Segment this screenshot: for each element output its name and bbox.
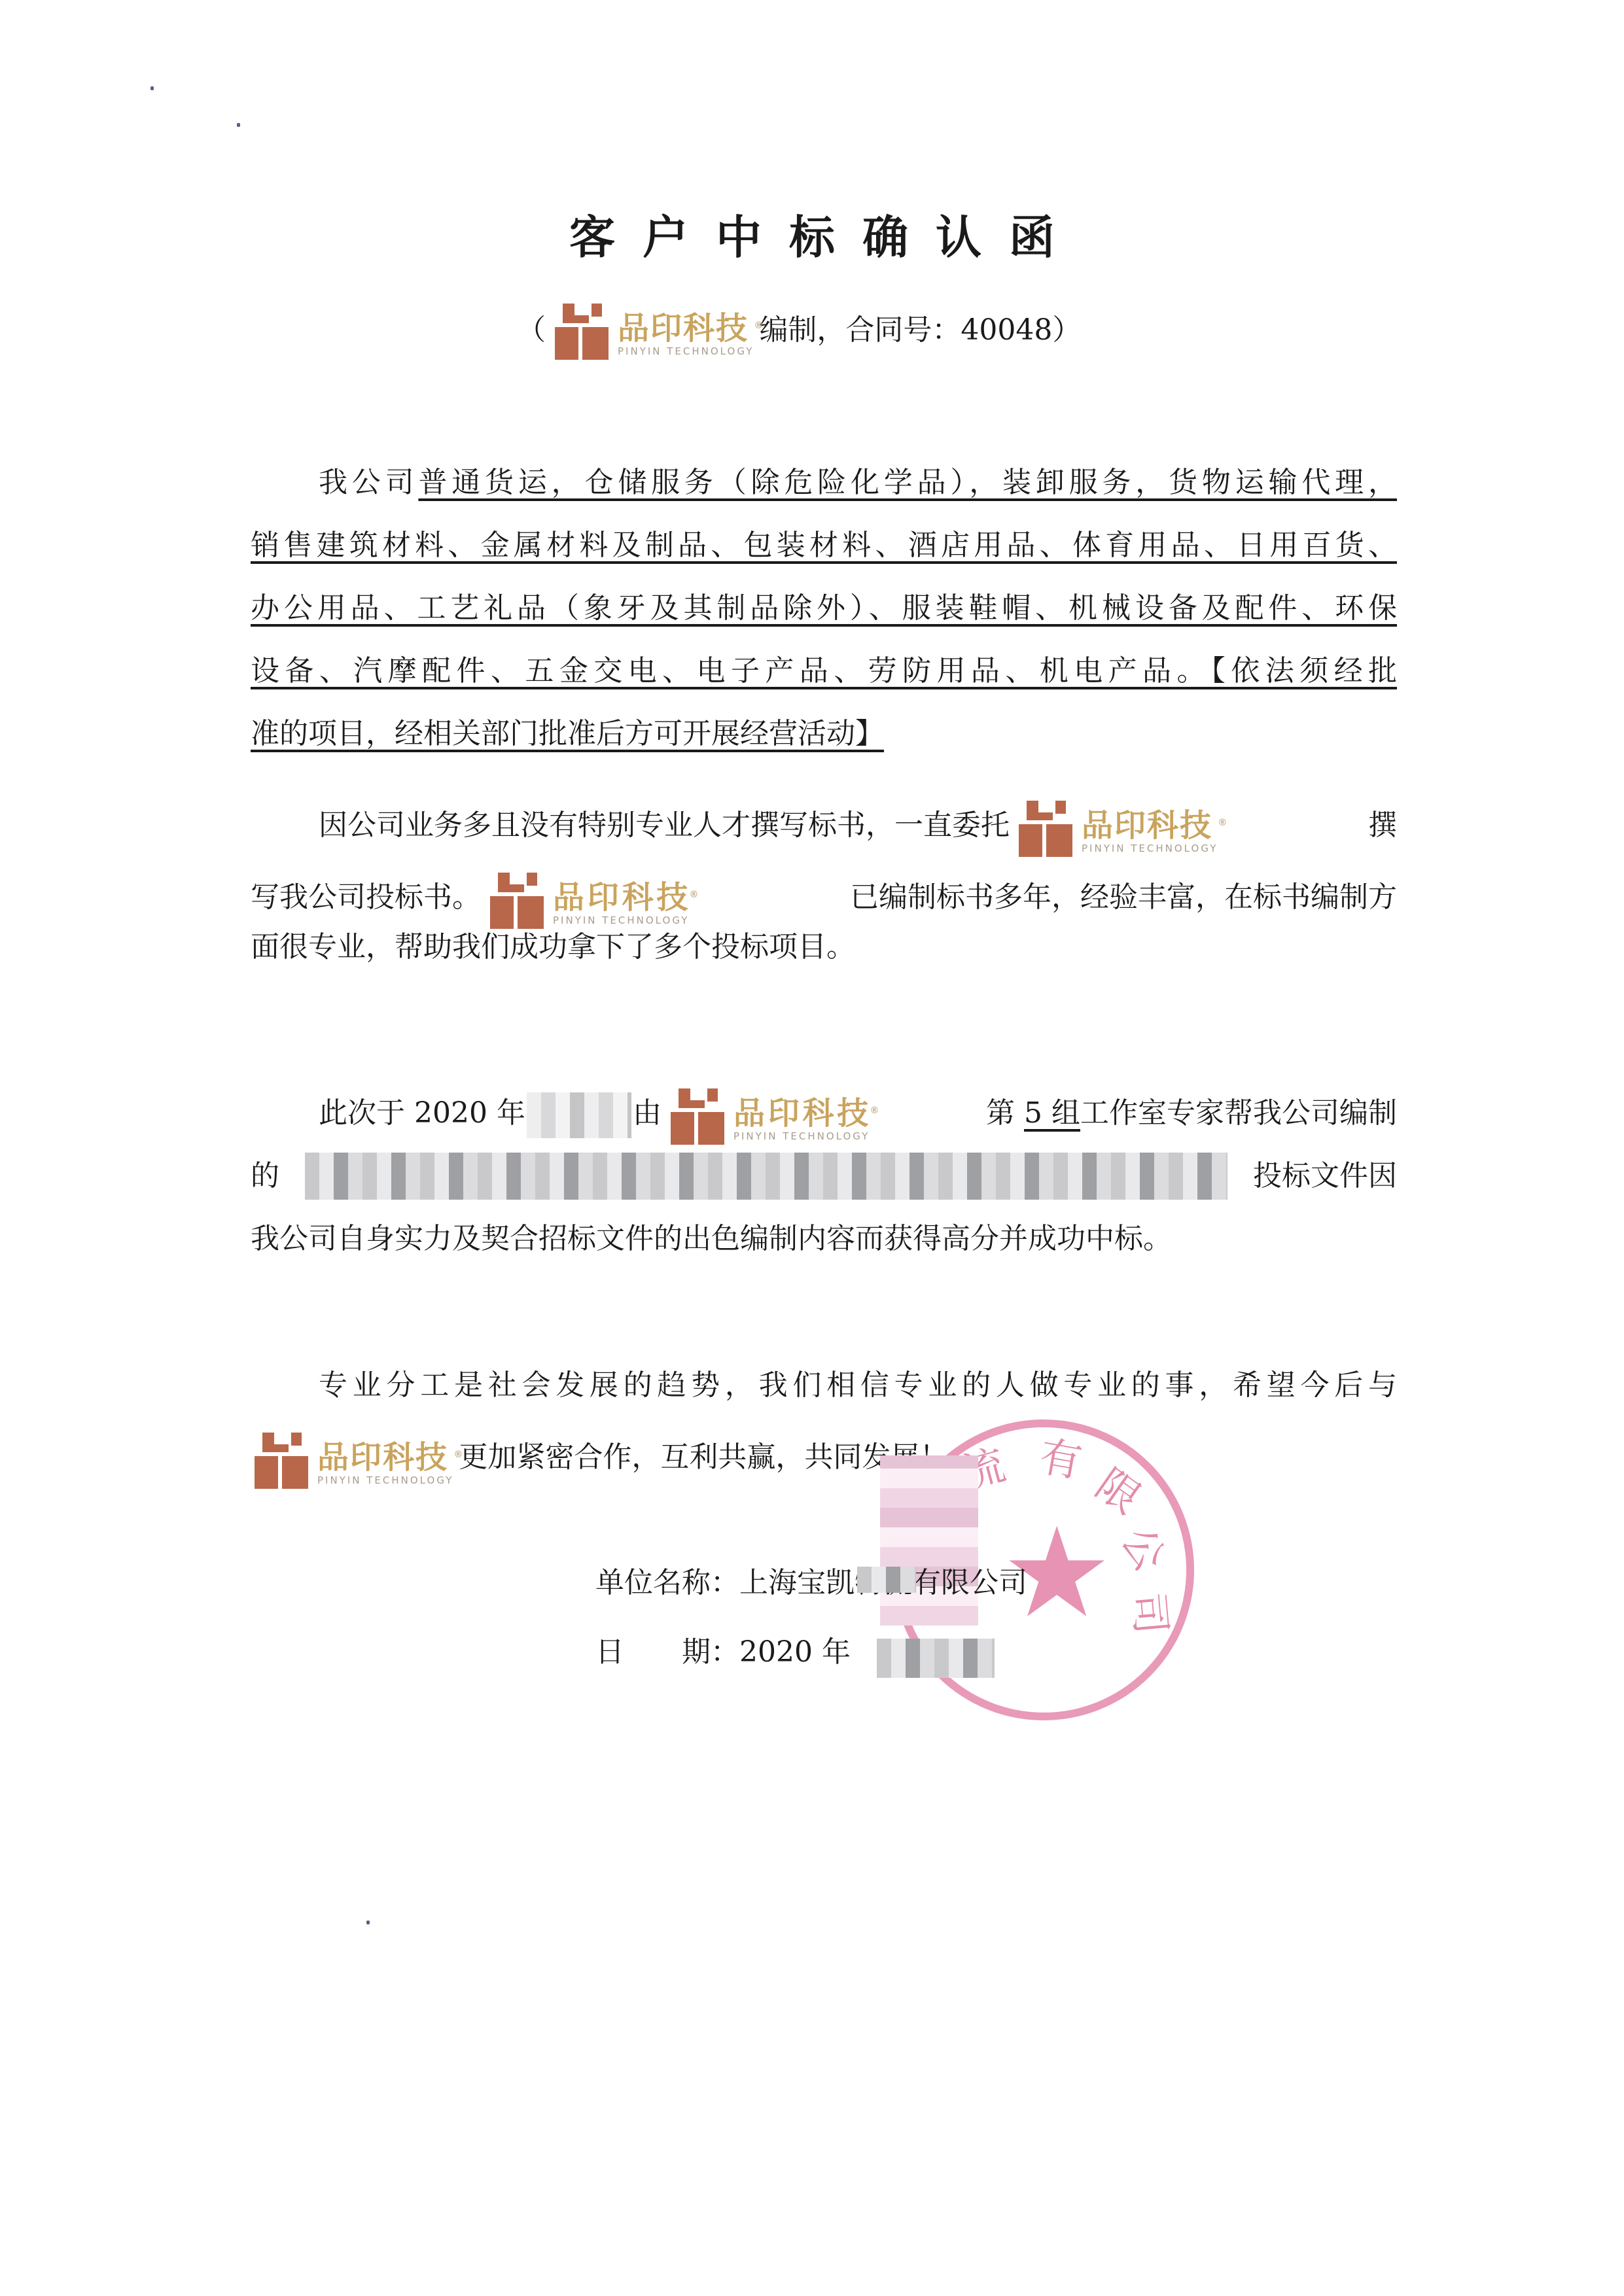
redacted-company-char bbox=[857, 1567, 916, 1593]
page-title: 客户中标确认函 bbox=[0, 208, 1624, 267]
text-line: 我公司普通货运，仓储服务（除危险化学品），装卸服务，货物运输代理， bbox=[251, 451, 1397, 514]
logo-mark-icon bbox=[551, 304, 611, 360]
company-logo: 品印科技®PINYIN TECHNOLOGY bbox=[667, 1086, 870, 1145]
text-line: 销售建筑材料、金属材料及制品、包装材料、酒店用品、体育用品、日用百货、 bbox=[251, 514, 1397, 577]
paragraph-winning-bid: 此次于 2020 年 由 品印科技®PINYIN TECHNOLOGY 第 5 … bbox=[251, 1073, 1397, 1270]
company-logo: 品印科技®PINYIN TECHNOLOGY bbox=[251, 1430, 453, 1489]
scan-speck bbox=[237, 123, 240, 127]
logo-mark-icon bbox=[486, 873, 546, 929]
logo-name-cn: 品印科技® bbox=[618, 311, 754, 345]
paragraph-business-scope: 我公司普通货运，仓储服务（除危险化学品），装卸服务，货物运输代理， 销售建筑材料… bbox=[251, 451, 1397, 765]
redacted-project-name bbox=[305, 1153, 1227, 1200]
company-logo: 品印科技® PINYIN TECHNOLOGY bbox=[551, 301, 754, 360]
company-logo: 品印科技®PINYIN TECHNOLOGY bbox=[1015, 798, 1218, 857]
signature-unit: 单位名称：上海宝凯物流有限公司 bbox=[595, 1552, 1027, 1614]
logo-name-en: PINYIN TECHNOLOGY bbox=[618, 345, 754, 357]
logo-mark-icon bbox=[251, 1433, 311, 1489]
redacted-date bbox=[527, 1092, 631, 1138]
subtitle-contract: 编制，合同号：40048） bbox=[759, 311, 1081, 350]
text-line: 品印科技®PINYIN TECHNOLOGY 更加紧密合作，互利共赢，共同发展！ bbox=[251, 1417, 1397, 1489]
paragraph-cooperation: 专业分工是社会发展的趋势，我们相信专业的人做专业的事，希望今后与 品印科技®PI… bbox=[251, 1354, 1397, 1489]
text-line: 准的项目，经相关部门批准后方可开展经营活动】 bbox=[251, 703, 884, 765]
text-line: 办公用品、工艺礼品（象牙及其制品除外）、服装鞋帽、机械设备及配件、环保 bbox=[251, 577, 1397, 640]
text-line: 设备、汽摩配件、五金交电、电子产品、劳防用品、机电产品。【依法须经批 bbox=[251, 640, 1397, 703]
scan-speck bbox=[366, 1921, 370, 1924]
seal-char: 司 bbox=[1121, 1590, 1184, 1637]
group-number: 5 组 bbox=[1024, 1096, 1080, 1130]
redacted-date bbox=[877, 1639, 995, 1678]
text-line: 我公司自身实力及契合招标文件的出色编制内容而获得高分并成功中标。 bbox=[251, 1208, 1397, 1270]
subtitle: （ 品印科技® PINYIN TECHNOLOGY 编制，合同号：40048） bbox=[517, 294, 1081, 366]
subtitle-open-paren: （ bbox=[517, 311, 546, 350]
text-line: 因公司业务多且没有特别专业人才撰写标书，一直委托 品印科技®PINYIN TEC… bbox=[251, 785, 1397, 857]
text-line: 的 投标文件因 bbox=[251, 1145, 1397, 1208]
paragraph-entrustment: 因公司业务多且没有特别专业人才撰写标书，一直委托 品印科技®PINYIN TEC… bbox=[251, 785, 1397, 979]
text-line: 专业分工是社会发展的趋势，我们相信专业的人做专业的事，希望今后与 bbox=[251, 1354, 1397, 1417]
text-line: 此次于 2020 年 由 品印科技®PINYIN TECHNOLOGY 第 5 … bbox=[251, 1073, 1397, 1145]
scan-speck bbox=[150, 86, 154, 90]
logo-mark-icon bbox=[667, 1088, 727, 1145]
logo-mark-icon bbox=[1015, 801, 1075, 857]
signature-date: 日 期：2020 年 bbox=[595, 1621, 851, 1684]
